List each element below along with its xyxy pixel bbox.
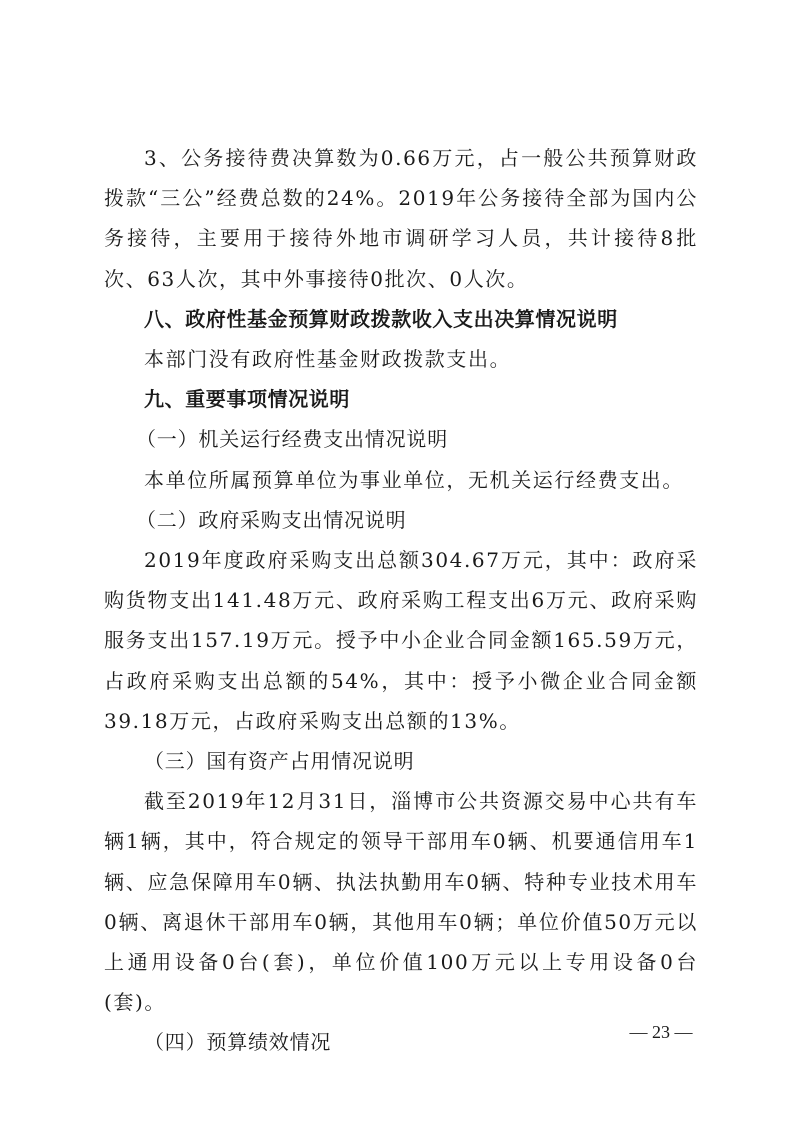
paragraph-no-government-fund: 本部门没有政府性基金财政拨款支出。 (104, 339, 698, 379)
paragraph-operating-expenses: 本单位所属预算单位为事业单位，无机关运行经费支出。 (104, 460, 698, 500)
document-page: 3、公务接待费决算数为0.66万元，占一般公共预算财政拨款“三公”经费总数的24… (0, 0, 793, 1122)
heading-important-matters: 九、重要事项情况说明 (104, 379, 698, 419)
paragraph-official-reception: 3、公务接待费决算数为0.66万元，占一般公共预算财政拨款“三公”经费总数的24… (104, 138, 698, 299)
subheading-procurement: （二）政府采购支出情况说明 (104, 500, 698, 540)
paragraph-procurement: 2019年度政府采购支出总额304.67万元，其中：政府采购货物支出141.48… (104, 540, 698, 741)
subheading-state-assets: （三）国有资产占用情况说明 (104, 741, 698, 781)
page-content: 3、公务接待费决算数为0.66万元，占一般公共预算财政拨款“三公”经费总数的24… (104, 138, 698, 1063)
page-number: — 23 — (616, 1022, 706, 1043)
subheading-performance: （四）预算绩效情况 (104, 1022, 698, 1062)
heading-government-fund-budget: 八、政府性基金预算财政拨款收入支出决算情况说明 (104, 299, 698, 339)
subheading-operating-expenses: （一）机关运行经费支出情况说明 (104, 419, 698, 459)
paragraph-state-assets: 截至2019年12月31日，淄博市公共资源交易中心共有车辆1辆，其中，符合规定的… (104, 781, 698, 1022)
